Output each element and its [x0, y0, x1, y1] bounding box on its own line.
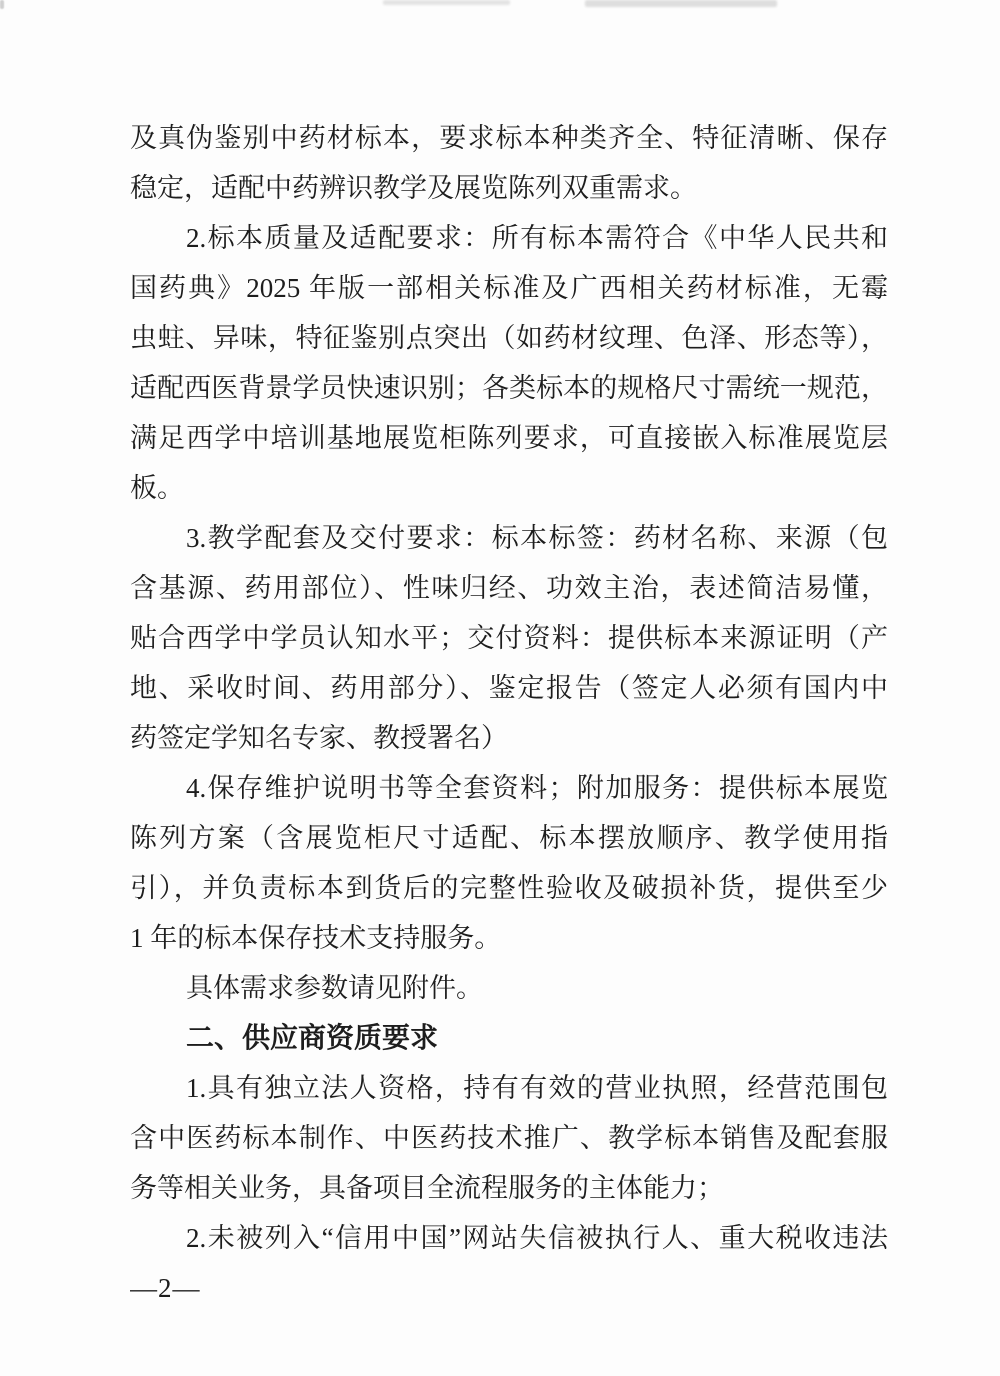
- paragraph-start-credit-china: 2.未被列入“信用中国”网站失信被执行人、重大税收违法: [130, 1213, 888, 1263]
- text-line: 药签定学知名专家、教授署名）: [130, 713, 888, 763]
- paragraph-start-teaching-delivery: 3.教学配套及交付要求：标本标签：药材名称、来源（包: [130, 513, 888, 563]
- text-line: 引），并负责标本到货后的完整性验收及破损补货，提供至少: [130, 863, 888, 913]
- text-line: 满足西学中培训基地展览柜陈列要求，可直接嵌入标准展览层: [130, 413, 888, 463]
- paragraph-start-legal-entity: 1.具有独立法人资格，持有有效的营业执照，经营范围包: [130, 1063, 888, 1113]
- text-line: 陈列方案（含展览柜尺寸适配、标本摆放顺序、教学使用指: [130, 813, 888, 863]
- text-line: 地、采收时间、药用部分）、鉴定报告（签定人必须有国内中: [130, 663, 888, 713]
- text-line: 务等相关业务，具备项目全流程服务的主体能力；: [130, 1163, 888, 1213]
- text-line: 适配西医背景学员快速识别；各类标本的规格尺寸需统一规范，: [130, 363, 888, 413]
- document-page: 及真伪鉴别中药材标本，要求标本种类齐全、特征清晰、保存 稳定，适配中药辨识教学及…: [0, 0, 1000, 1376]
- paragraph-start-specimen-quality: 2.标本质量及适配要求：所有标本需符合《中华人民共和: [130, 213, 888, 263]
- section-heading-supplier-qualifications: 二、供应商资质要求: [130, 1013, 888, 1063]
- text-line: 贴合西学中学员认知水平；交付资料：提供标本来源证明（产: [130, 613, 888, 663]
- page-number: —2—: [130, 1263, 888, 1313]
- scan-artifact-corner-mark: [0, 0, 4, 9]
- scan-artifact-top-right-band: [585, 0, 777, 7]
- document-body: 及真伪鉴别中药材标本，要求标本种类齐全、特征清晰、保存 稳定，适配中药辨识教学及…: [130, 113, 888, 1313]
- text-line: 1 年的标本保存技术支持服务。: [130, 913, 888, 963]
- text-line: 含基源、药用部位）、性味归经、功效主治，表述简洁易懂，: [130, 563, 888, 613]
- text-line: 及真伪鉴别中药材标本，要求标本种类齐全、特征清晰、保存: [130, 113, 888, 163]
- text-line: 板。: [130, 463, 888, 513]
- text-line: 含中医药标本制作、中医药技术推广、教学标本销售及配套服: [130, 1113, 888, 1163]
- text-line: 国药典》2025 年版一部相关标准及广西相关药材标准，无霉变、: [130, 263, 888, 313]
- scan-artifact-top-left-band: [383, 0, 510, 5]
- paragraph-see-attachment: 具体需求参数请见附件。: [130, 963, 888, 1013]
- paragraph-start-maintenance-service: 4.保存维护说明书等全套资料；附加服务：提供标本展览: [130, 763, 888, 813]
- text-line: 虫蛀、异味，特征鉴别点突出（如药材纹理、色泽、形态等），: [130, 313, 888, 363]
- text-line: 稳定，适配中药辨识教学及展览陈列双重需求。: [130, 163, 888, 213]
